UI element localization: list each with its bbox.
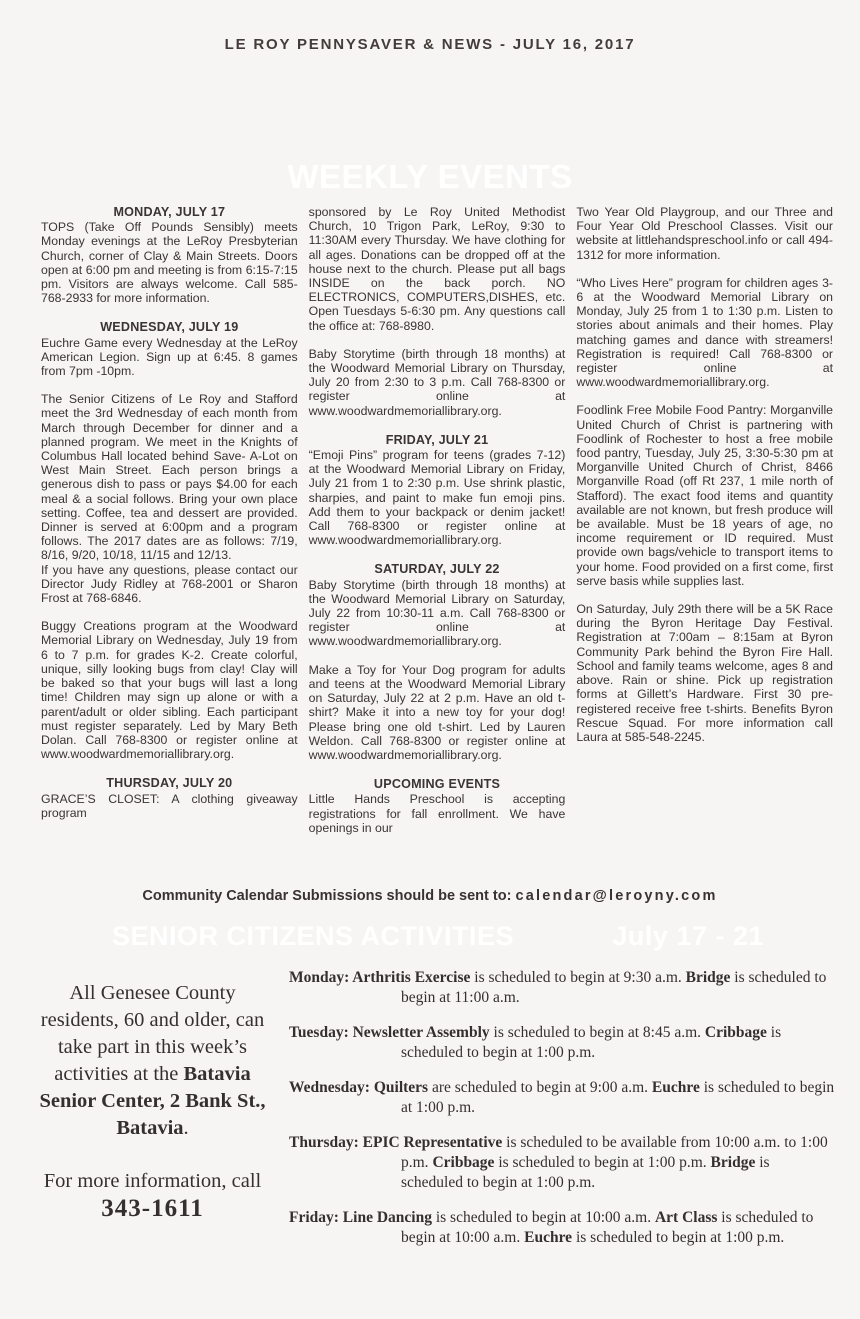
event-day-heading: THURSDAY, JULY 20 (41, 776, 298, 790)
senior-info-paragraph: All Genesee County residents, 60 and old… (30, 980, 275, 1142)
senior-info-paragraph: For more information, call 343-1611 (30, 1168, 275, 1224)
event-paragraph: Little Hands Preschool is accepting regi… (309, 792, 566, 835)
schedule-entry-wednesday: Wednesday: Quilters are scheduled to beg… (289, 1078, 835, 1118)
text-segment: Tuesday: Newsletter Assembly (289, 1024, 490, 1041)
calendar-submission-line: Community Calendar Submissions should be… (0, 888, 860, 904)
event-paragraph: Baby Storytime (birth through 18 months)… (309, 347, 566, 418)
text-segment: Euchre (652, 1079, 700, 1096)
event-paragraph: sponsored by Le Roy United Methodist Chu… (309, 205, 566, 333)
text-segment: Wednesday: Quilters (289, 1079, 428, 1096)
schedule-entry-tuesday: Tuesday: Newsletter Assembly is schedule… (289, 1023, 835, 1063)
text-segment: Cribbage (705, 1024, 767, 1041)
event-paragraph: Baby Storytime (birth through 18 months)… (309, 578, 566, 649)
text-segment: Euchre (524, 1229, 572, 1246)
senior-info-box: All Genesee County residents, 60 and old… (30, 966, 275, 1263)
event-paragraph: “Who Lives Here” program for children ag… (576, 276, 833, 390)
text-segment: Art Class (655, 1209, 717, 1226)
event-paragraph: Two Year Old Playgroup, and our Three an… (576, 205, 833, 262)
event-paragraph: GRACE’S CLOSET: A clothing giveaway prog… (41, 792, 298, 820)
event-day-heading: SATURDAY, JULY 22 (309, 562, 566, 576)
event-paragraph: On Saturday, July 29th there will be a 5… (576, 602, 833, 744)
text-segment: Bridge (711, 1154, 756, 1171)
calendar-submission-prefix: Community Calendar Submissions should be… (142, 888, 515, 904)
text-segment: is scheduled to begin at 10:00 a.m. (432, 1209, 655, 1226)
weekly-events-column-2: sponsored by Le Roy United Methodist Chu… (309, 205, 566, 849)
senior-activities-banner: SENIOR CITIZENS ACTIVITIES July 17 - 21 (0, 921, 860, 952)
text-segment: . (184, 1117, 189, 1139)
schedule-entry-thursday: Thursday: EPIC Representative is schedul… (289, 1133, 835, 1193)
weekly-events-column-3: Two Year Old Playgroup, and our Three an… (576, 205, 833, 849)
text-segment: Cribbage (432, 1154, 494, 1171)
event-paragraph: TOPS (Take Off Pounds Sensibly) meets Mo… (41, 220, 298, 305)
event-paragraph: Euchre Game every Wednesday at the LeRoy… (41, 336, 298, 379)
event-paragraph: Buggy Creations program at the Woodward … (41, 619, 298, 761)
event-paragraph: Make a Toy for Your Dog program for adul… (309, 663, 566, 762)
senior-schedule: Monday: Arthritis Exercise is scheduled … (289, 966, 835, 1263)
event-paragraph: Foodlink Free Mobile Food Pantry: Morgan… (576, 403, 833, 588)
masthead: LE ROY PENNYSAVER & NEWS - JULY 16, 2017 (0, 36, 860, 53)
event-day-heading: MONDAY, JULY 17 (41, 205, 298, 219)
text-segment: is scheduled to begin at 9:30 a.m. (470, 969, 685, 986)
text-segment: is scheduled to begin at 8:45 a.m. (490, 1024, 705, 1041)
text-segment: For more information, call (44, 1170, 261, 1192)
weekly-events-columns: MONDAY, JULY 17TOPS (Take Off Pounds Sen… (41, 205, 833, 849)
weekly-events-column-1: MONDAY, JULY 17TOPS (Take Off Pounds Sen… (41, 205, 298, 849)
event-day-heading: UPCOMING EVENTS (309, 777, 566, 791)
schedule-entry-friday: Friday: Line Dancing is scheduled to beg… (289, 1208, 835, 1248)
text-segment: are scheduled to begin at 9:00 a.m. (428, 1079, 652, 1096)
event-paragraph: The Senior Citizens of Le Roy and Staffo… (41, 392, 298, 562)
text-segment: Friday: Line Dancing (289, 1209, 432, 1226)
event-day-heading: FRIDAY, JULY 21 (309, 433, 566, 447)
event-paragraph: If you have any questions, please contac… (41, 563, 298, 606)
text-segment: Thursday: EPIC Representative (289, 1134, 502, 1151)
event-paragraph: “Emoji Pins” program for teens (grades 7… (309, 448, 566, 547)
text-segment: is scheduled to begin at 1:00 p.m. (572, 1229, 784, 1246)
schedule-entry-monday: Monday: Arthritis Exercise is scheduled … (289, 968, 835, 1008)
text-segment: 343-1611 (101, 1195, 203, 1222)
senior-activities-title: SENIOR CITIZENS ACTIVITIES (112, 921, 514, 952)
weekly-events-title: WEEKLY EVENTS (0, 158, 860, 196)
calendar-submission-email: calendar@leroyny.com (515, 888, 717, 904)
senior-activities-section: All Genesee County residents, 60 and old… (30, 966, 835, 1263)
text-segment: Monday: Arthritis Exercise (289, 969, 470, 986)
text-segment: is scheduled to begin at 1:00 p.m. (494, 1154, 710, 1171)
event-day-heading: WEDNESDAY, JULY 19 (41, 320, 298, 334)
text-segment: Bridge (686, 969, 731, 986)
senior-activities-dates: July 17 - 21 (612, 921, 764, 952)
